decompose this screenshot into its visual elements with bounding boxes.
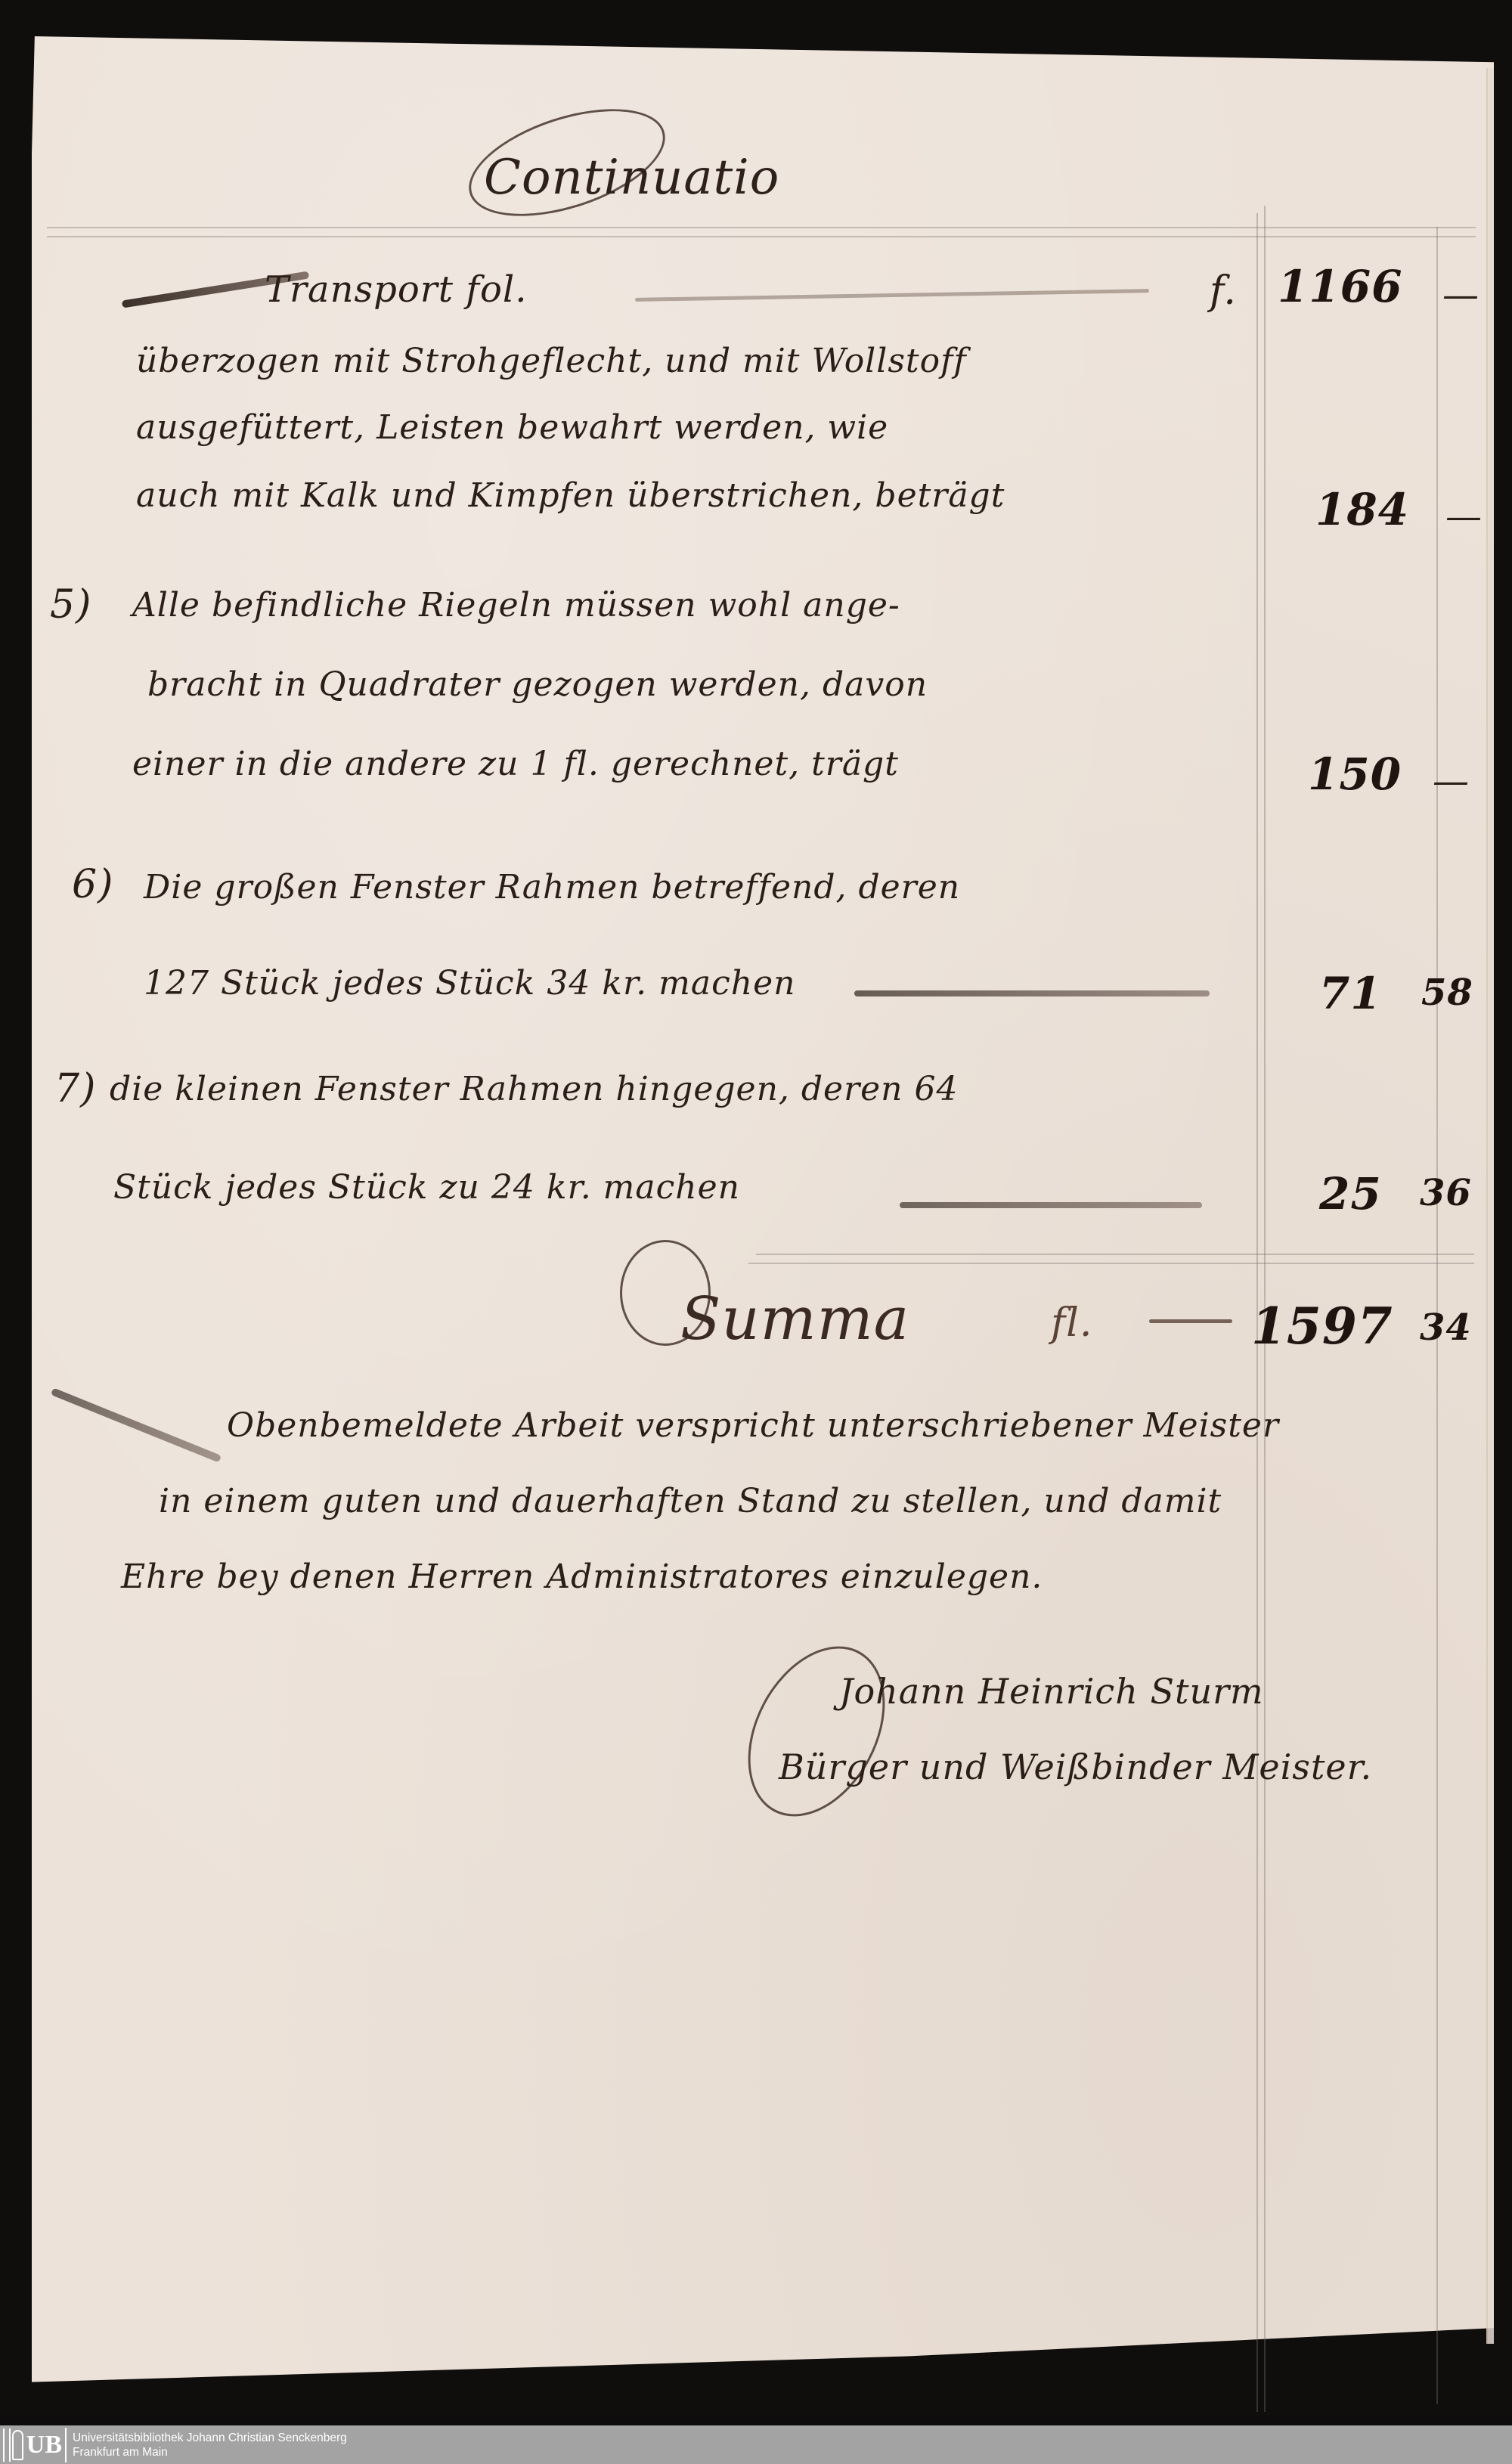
paper-fold-edge — [1486, 68, 1494, 2344]
entry-continued-line-1: überzogen mit Strohgeflecht, und mit Wol… — [136, 342, 967, 380]
entry-6-fill-stroke — [854, 990, 1210, 996]
logo-portrait-icon — [12, 2430, 23, 2460]
total-currency-mark: fl. — [1051, 1300, 1092, 1346]
signature-name: Johann Heinrich Sturm — [839, 1671, 1264, 1712]
paper-sheet — [32, 36, 1494, 2389]
library-footer: UB Universitätsbibliothek Johann Christi… — [0, 2425, 1512, 2464]
entry-5-line-1: Alle befindliche Riegeln müssen wohl ang… — [132, 586, 900, 625]
logo-text: UB — [26, 2432, 62, 2458]
entry-5-amount-fl: 150 — [1308, 748, 1402, 800]
closing-line-1: Obenbemeldete Arbeit verspricht untersch… — [227, 1406, 1279, 1445]
entry-7-line-1: die kleinen Fenster Rahmen hingegen, der… — [110, 1070, 958, 1108]
entry-5-number: 5) — [50, 582, 91, 628]
summa-rule-bottom — [748, 1263, 1474, 1264]
entry-continued-line-2: ausgefüttert, Leisten bewahrt werden, wi… — [136, 408, 888, 447]
entry-6-number: 6) — [72, 862, 113, 907]
entry-5-amount-kr: — — [1433, 760, 1470, 802]
entry-7-number: 7) — [54, 1066, 96, 1111]
entry-7-line-2: Stück jedes Stück zu 24 kr. machen — [113, 1168, 740, 1207]
signature-title: Bürger und Weißbinder Meister. — [779, 1746, 1372, 1787]
entry-6-line-1: Die großen Fenster Rahmen betreffend, de… — [144, 868, 960, 907]
entry-continued-amount-kr: — — [1445, 495, 1483, 538]
entry-6-amount-kr: 58 — [1421, 972, 1473, 1014]
entry-5-line-3: einer in die andere zu 1 fl. gerechnet, … — [132, 745, 899, 783]
transport-amount-fl: 1166 — [1278, 261, 1402, 312]
total-lead-stroke — [1149, 1319, 1232, 1323]
header-rule-bottom — [47, 236, 1476, 237]
entry-7-amount-fl: 25 — [1319, 1168, 1382, 1220]
entry-continued-amount-fl: 184 — [1315, 484, 1409, 535]
footer-institution: Universitätsbibliothek Johann Christian … — [73, 2431, 347, 2445]
entry-6-line-2: 127 Stück jedes Stück 34 kr. machen — [144, 964, 795, 1003]
closing-line-3: Ehre bey denen Herren Administratores ei… — [121, 1557, 1043, 1596]
closing-line-2: in einem guten und dauerhaften Stand zu … — [159, 1482, 1222, 1520]
entry-5-line-2: bracht in Quadrater gezogen werden, davo… — [147, 665, 928, 704]
total-label: Summa — [680, 1285, 909, 1353]
entry-7-fill-stroke — [900, 1202, 1202, 1208]
footer-text: Universitätsbibliothek Johann Christian … — [73, 2431, 347, 2459]
logo-bars-icon — [3, 2428, 11, 2462]
heading-continuatio: Continuatio — [484, 150, 779, 206]
entry-7-amount-kr: 36 — [1420, 1172, 1472, 1214]
transport-amount-kr: — — [1442, 274, 1479, 316]
total-amount-kr: 34 — [1420, 1306, 1472, 1349]
summa-rule-top — [756, 1254, 1474, 1255]
transport-currency-mark: f. — [1210, 268, 1237, 314]
total-amount-fl: 1597 — [1251, 1297, 1393, 1356]
entry-6-amount-fl: 71 — [1319, 968, 1382, 1019]
ub-logo: UB — [3, 2428, 67, 2462]
footer-location: Frankfurt am Main — [73, 2445, 347, 2459]
entry-continued-line-3: auch mit Kalk und Kimpfen überstrichen, … — [136, 476, 1005, 515]
header-rule-top — [47, 227, 1476, 228]
transport-label: Transport fol. — [265, 268, 528, 311]
